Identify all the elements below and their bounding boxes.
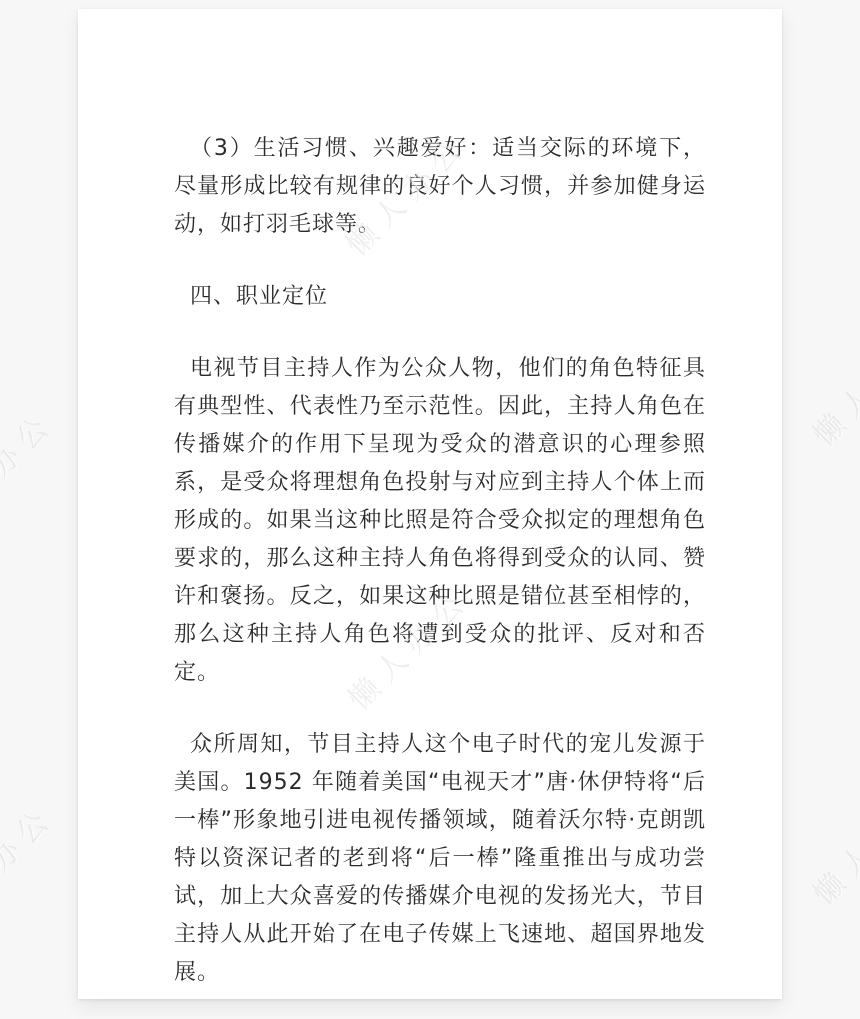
watermark-text: 懒人办公 <box>0 793 63 934</box>
watermark-text: 懒人办公 <box>801 312 860 453</box>
watermark-text: 懒人办公 <box>0 399 63 540</box>
paragraph: 众所周知，节目主持人这个电子时代的宠儿发源于美国。1952 年随着美国“电视天才… <box>174 726 706 992</box>
paragraph: （3）生活习惯、兴趣爱好：适当交际的环境下，尽量形成比较有规律的良好个人习惯，并… <box>174 130 706 244</box>
paragraph: 电视节目主持人作为公众人物，他们的角色特征具有典型性、代表性乃至示范性。因此，主… <box>174 350 706 692</box>
canvas-background: （3）生活习惯、兴趣爱好：适当交际的环境下，尽量形成比较有规律的良好个人习惯，并… <box>0 0 860 1019</box>
document-page: （3）生活习惯、兴趣爱好：适当交际的环境下，尽量形成比较有规律的良好个人习惯，并… <box>78 9 782 999</box>
document-body: （3）生活习惯、兴趣爱好：适当交际的环境下，尽量形成比较有规律的良好个人习惯，并… <box>174 130 706 992</box>
section-heading: 四、职业定位 <box>174 278 706 316</box>
watermark-text: 懒人办公 <box>801 771 860 912</box>
